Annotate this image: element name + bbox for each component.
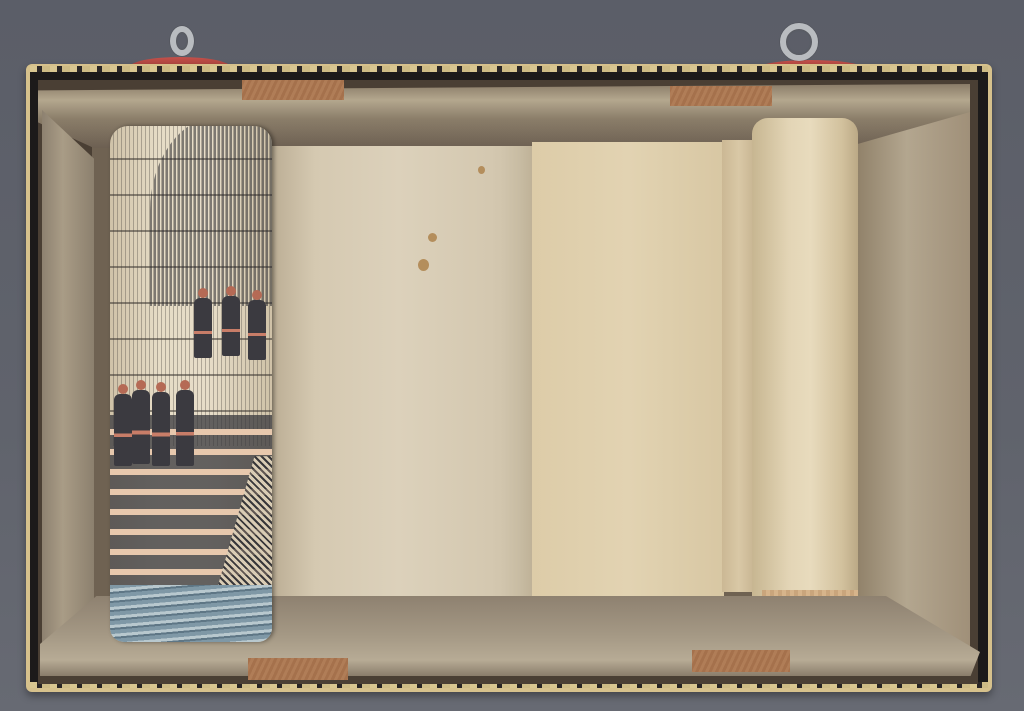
left-engraved-roller [110, 126, 272, 642]
left-cardboard-wall [42, 110, 94, 650]
top-right-wood-block [670, 86, 772, 106]
right-cardboard-wall [855, 112, 970, 657]
bottom-right-wood-block [692, 650, 790, 672]
paper-sheet-right [532, 142, 724, 602]
right-eye-hook-icon [780, 23, 818, 61]
left-eye-hook-icon [170, 26, 194, 56]
paper-fold [500, 146, 532, 602]
soldier-figure [248, 300, 266, 360]
soldier-figure [176, 390, 194, 466]
soldier-figure [152, 392, 170, 466]
paper-roll-edge [722, 140, 756, 592]
foxing-spot [428, 233, 437, 242]
paper-sheet-left [268, 146, 530, 602]
soldier-figure [114, 394, 132, 466]
water-engraving [110, 585, 272, 642]
soldier-figure [194, 298, 212, 358]
archway-engraving [150, 126, 272, 306]
foxing-spot [418, 259, 429, 271]
top-left-wood-block [242, 80, 344, 100]
right-paper-roller [752, 118, 858, 628]
box-top-edge [30, 66, 988, 72]
soldier-figure [132, 390, 150, 464]
bottom-left-wood-block [248, 658, 348, 680]
foxing-spot [478, 166, 485, 174]
soldier-figure [222, 296, 240, 356]
